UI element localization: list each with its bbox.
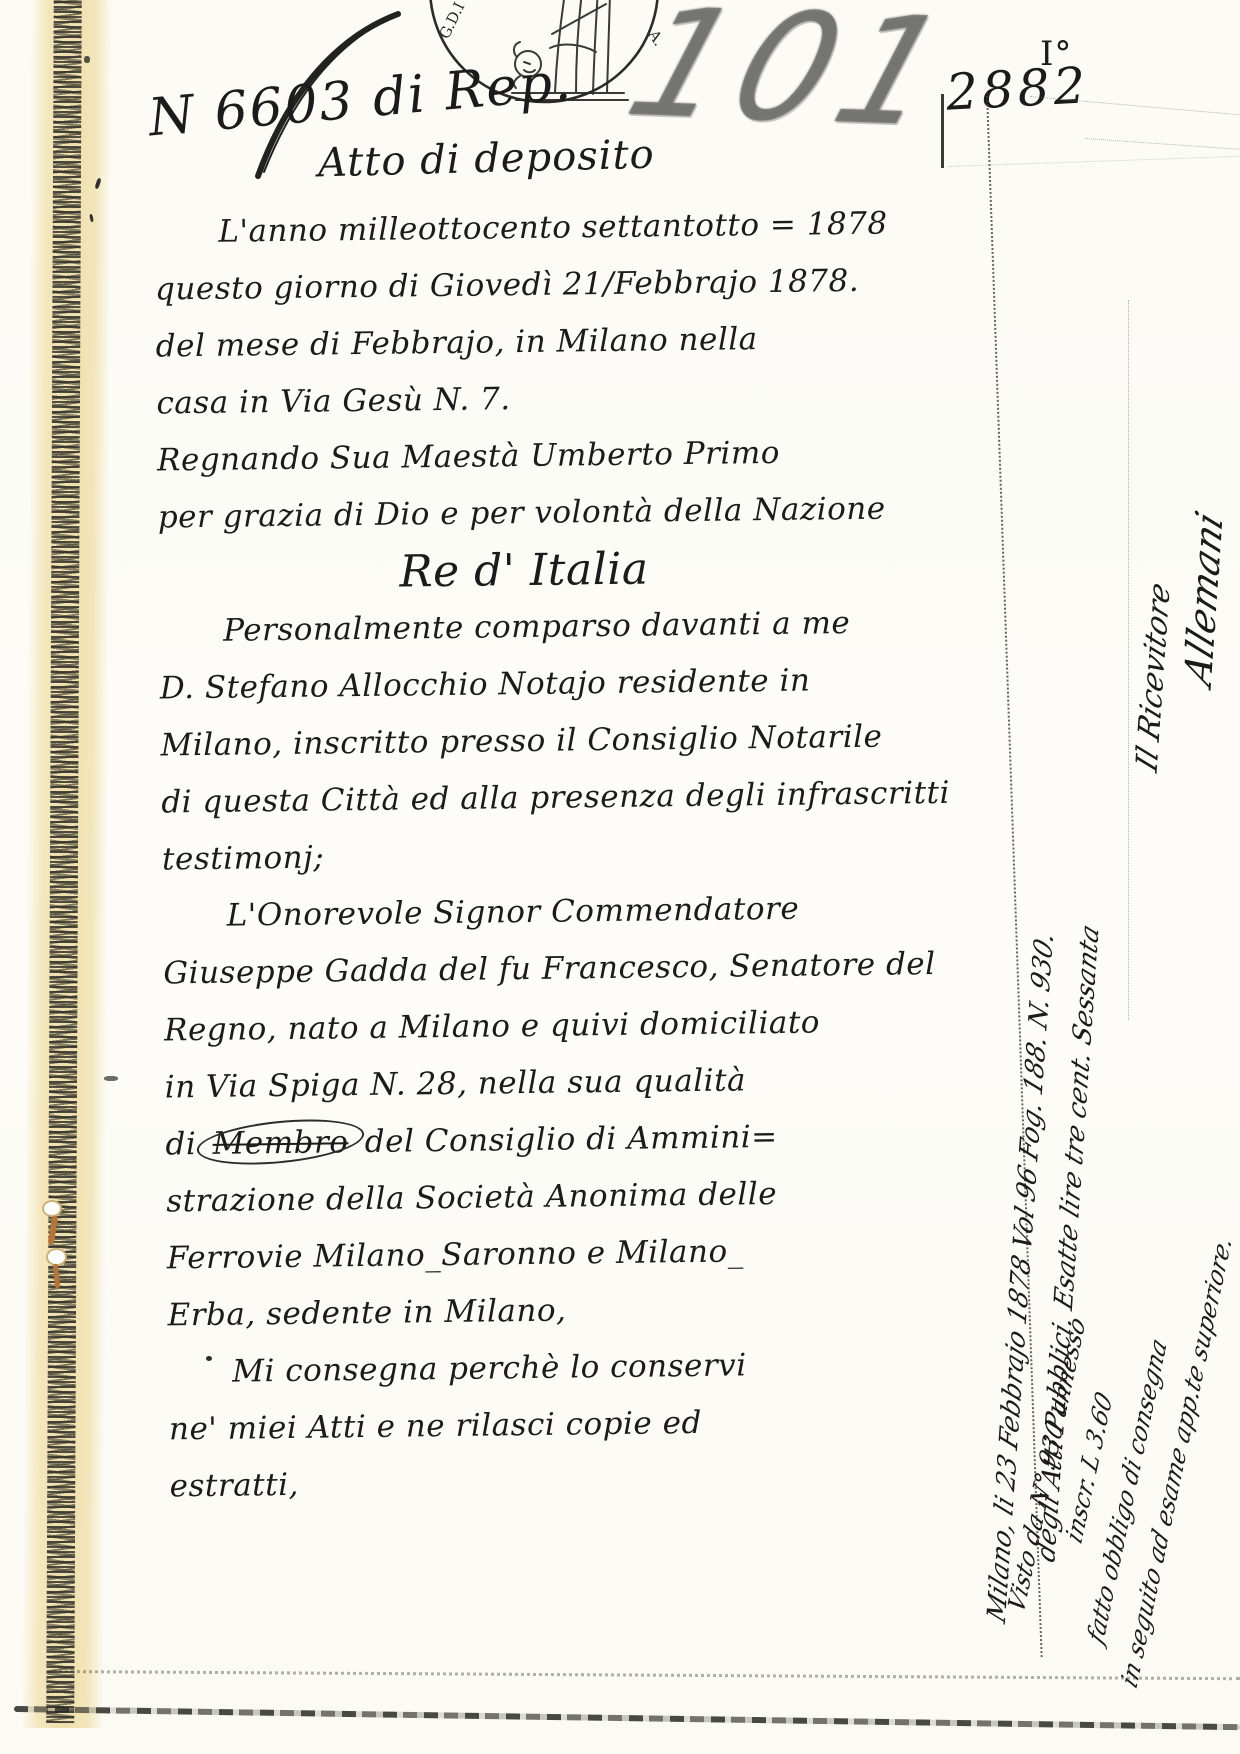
handwritten-line: di questa Città ed alla presenza degli i… — [139, 765, 915, 831]
stamp-left-letters: G.D.I — [435, 0, 468, 42]
handwritten-line: per grazia di Dio e per volontà della Na… — [136, 480, 912, 546]
handwritten-body: L'anno milleottocento settantotto = 1878… — [132, 195, 923, 1515]
handwritten-line: Regno, nato a Milano e quivi domiciliato — [142, 993, 918, 1059]
handwritten-line: strazione della Società Anonima delle — [144, 1164, 920, 1230]
handwritten-line: Regnando Sua Maestà Umberto Primo — [135, 423, 911, 489]
handwritten-line: testimonj; — [140, 822, 916, 888]
crease-line — [1085, 138, 1240, 150]
handwritten-line: casa in Via Gesù N. 7. — [134, 366, 910, 432]
handwritten-line: L'anno milleottocento settantotto = 1878 — [132, 195, 908, 261]
handwritten-line: estratti, — [147, 1449, 923, 1515]
handwritten-line: Mi consegna perchè lo conservi — [146, 1335, 922, 1401]
handwritten-line: questo giorno di Giovedì 21/Febbrajo 187… — [133, 252, 909, 318]
handwritten-line: Ferrovie Milano_Saronno e Milano_ — [145, 1221, 921, 1287]
qualifica-rest: del Consiglio di Ammini= — [354, 1119, 778, 1160]
handwritten-line: D. Stefano Allocchio Notajo residente in — [138, 651, 914, 717]
handwritten-line-qualifica: di Membro del Consiglio di Ammini= — [143, 1107, 919, 1173]
scan-artifact-line-strong — [14, 1706, 1240, 1730]
pencil-page-number: 101 — [610, 0, 974, 159]
scanned-notarial-document-page: G.D.I A. N 6603 di Rep. Atto di deposito… — [0, 0, 1240, 1754]
handwritten-line: L'Onorevole Signor Commendatore — [140, 879, 916, 945]
handwritten-line-re-d-italia: Re d' Italia — [136, 537, 912, 603]
ink-speck — [84, 56, 90, 63]
binding-fastener — [42, 1200, 62, 1217]
ink-speck — [104, 1076, 118, 1081]
handwritten-line: ne' miei Atti e ne rilasci copie ed — [147, 1392, 923, 1458]
handwritten-line: Milano, inscritto presso il Consiglio No… — [138, 708, 914, 774]
fold-line-short — [941, 94, 944, 168]
handwritten-line: in Via Spiga N. 28, nella sua qualità — [142, 1050, 918, 1116]
archive-exponent: I° — [1040, 34, 1072, 74]
handwritten-line: Personalmente comparso davanti a me — [137, 594, 913, 660]
document-title: Atto di deposito — [317, 132, 655, 187]
struck-word-membro: Membro — [206, 1124, 354, 1162]
handwritten-line: del mese di Febbrajo, in Milano nella — [133, 309, 909, 375]
handwritten-line: Giuseppe Gadda del fu Francesco, Senator… — [141, 936, 917, 1002]
handwritten-line: Erba, sedente in Milano, — [145, 1278, 921, 1344]
crease-line — [948, 156, 1240, 167]
ink-speck — [206, 1356, 212, 1361]
